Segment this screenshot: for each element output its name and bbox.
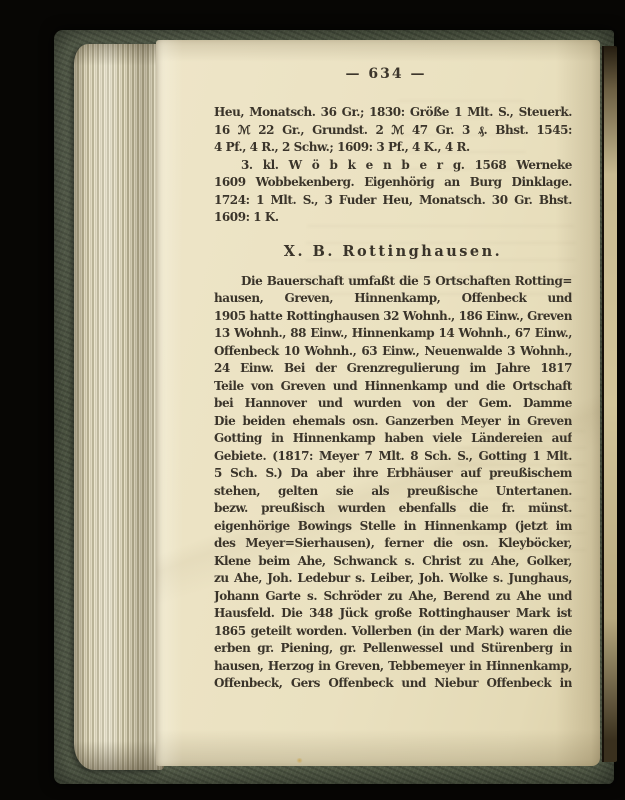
text-line: 1724: 1 Mlt. S., 3 Fuder Heu, Monatsch. …	[214, 192, 572, 210]
text-line: Offenbeck, Gers Offenbeck und Niebur Off…	[214, 675, 572, 693]
text-line: 1609: 1 K.	[214, 209, 572, 227]
text-line: Die beiden ehemals osn. Ganzerben Meyer …	[214, 413, 572, 431]
foxing-spot	[296, 758, 303, 763]
text-line: erben gr. Piening, gr. Pellenwessel und …	[214, 640, 572, 658]
paragraph: Die Bauerschaft umfaßt die 5 Ortschaften…	[214, 273, 572, 693]
page-number: — 634 —	[164, 66, 608, 82]
text-line: bei Hannover und wurden von der Gem. Dam…	[214, 395, 572, 413]
text-line: des Meyer=Sierhausen), ferner die osn. K…	[214, 535, 572, 553]
text-block: Heu, Monatsch. 36 Gr.; 1830: Größe 1 Mlt…	[214, 104, 572, 693]
text-line: Klene beim Ahe, Schwanck s. Christ zu Ah…	[214, 553, 572, 571]
section-heading: X. B. Rottinghausen.	[214, 243, 572, 261]
text-line: 1609 Wobbekenberg. Eigenhörig an Burg Di…	[214, 174, 572, 192]
text-line: 16 ℳ 22 Gr., Grundst. 2 ℳ 47 Gr. 3 ₰. Bh…	[214, 122, 572, 140]
text-line: 24 Einw. Bei der Grenzregulierung im Jah…	[214, 360, 572, 378]
text-line: Gotting in Hinnenkamp haben viele Länder…	[214, 430, 572, 448]
text-line: Johann Garte s. Schröder zu Ahe, Berend …	[214, 588, 572, 606]
text-line: Hausfeld. Die 348 Jück große Rottinghaus…	[214, 605, 572, 623]
text-line: stehen, gelten sie als preußische Untert…	[214, 483, 572, 501]
text-line: Gebiete. (1817: Meyer 7 Mlt. 8 Sch. S., …	[214, 448, 572, 466]
book-photo: { "page_number": "— 634 —", "heading": "…	[0, 0, 625, 800]
text-line: Offenbeck 10 Wohnh., 63 Einw., Neuenwald…	[214, 343, 572, 361]
text-line: Teile von Greven und Hinnenkamp und die …	[214, 378, 572, 396]
text-line: Heu, Monatsch. 36 Gr.; 1830: Größe 1 Mlt…	[214, 104, 572, 122]
text-line: 5 Sch. S.) Da aber ihre Erbhäuser auf pr…	[214, 465, 572, 483]
text-line: 13 Wohnh., 88 Einw., Hinnenkamp 14 Wohnh…	[214, 325, 572, 343]
text-line: 1905 hatte Rottinghausen 32 Wohnh., 186 …	[214, 308, 572, 326]
text-line: hausen, Greven, Hinnenkamp, Offenbeck un…	[214, 290, 572, 308]
text-line: 3. kl. W ö b k e n b e r g. 1568 Werneke…	[214, 157, 572, 175]
text-line: eigenhörige Bowings Stelle in Hinnenkamp…	[214, 518, 572, 536]
book-page: — 634 — Heu, Monatsch. 36 Gr.; 1830: Grö…	[156, 40, 600, 766]
text-line: Die Bauerschaft umfaßt die 5 Ortschaften…	[214, 273, 572, 291]
page-fore-edge-stack	[74, 44, 164, 770]
text-line: 4 Pf., 4 R., 2 Schw.; 1609: 3 Pf., 4 K.,…	[214, 139, 572, 157]
paragraph: Heu, Monatsch. 36 Gr.; 1830: Größe 1 Mlt…	[214, 104, 572, 157]
text-line: zu Ahe, Joh. Ledebur s. Leiber, Joh. Wol…	[214, 570, 572, 588]
text-line: bezw. preußisch wurden ebenfalls die fr.…	[214, 500, 572, 518]
facing-page-edge	[602, 46, 617, 762]
text-line: hausen, Herzog in Greven, Tebbemeyer in …	[214, 658, 572, 676]
paragraph: 3. kl. W ö b k e n b e r g. 1568 Werneke…	[214, 157, 572, 227]
text-line: 1865 geteilt worden. Vollerben (in der M…	[214, 623, 572, 641]
